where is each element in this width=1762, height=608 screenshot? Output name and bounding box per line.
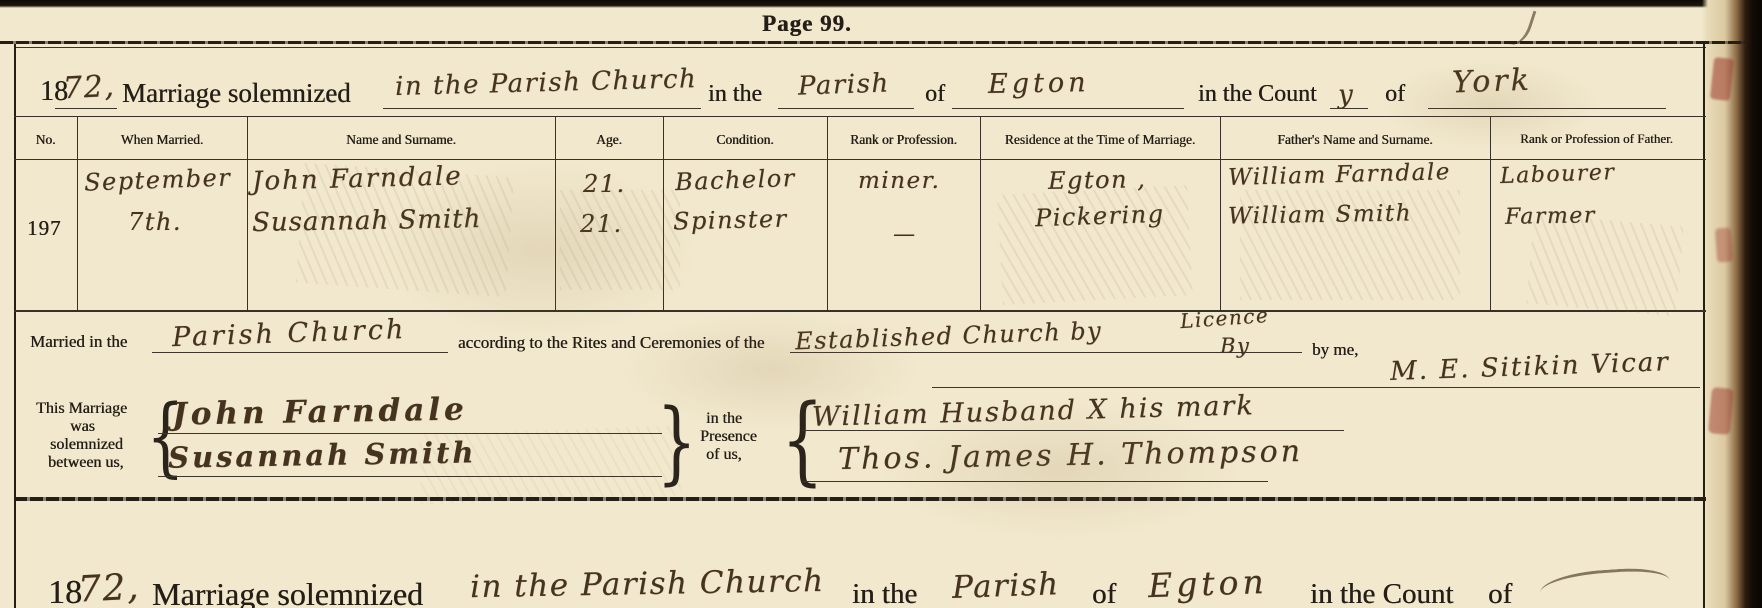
attestation-close-brace: } [657, 398, 697, 488]
next-entry-year-hand: 72, [77, 566, 141, 608]
next-entry-solemnized: Marriage solemnized [152, 576, 423, 608]
column-divider [1490, 116, 1491, 310]
entry-number: 197 [27, 216, 62, 241]
underline [778, 108, 914, 109]
col-header-no: No. [16, 121, 75, 158]
entry-groom-profession: miner. [858, 168, 940, 194]
column-divider [827, 116, 828, 310]
rites-label: according to the Rites and Ceremonies of… [458, 333, 764, 353]
entry-groom-residence: Egton , [1048, 165, 1147, 195]
next-entry-place-hand: in the Parish Church [470, 563, 825, 605]
column-divider [1220, 116, 1221, 310]
underline [802, 481, 1268, 482]
header-parish-hand: Parish [798, 68, 891, 101]
witness2-signature: Thos. James H. Thompson [838, 434, 1304, 477]
header-year-hand: 72, [62, 69, 116, 107]
attestation-label-line1: This Marriage [36, 400, 127, 418]
underline [932, 387, 1700, 388]
column-divider [980, 116, 981, 310]
header-place-hand: in the Parish Church [395, 64, 698, 102]
next-entry-county-flourish [1539, 566, 1671, 608]
header-parish-name-hand: Egton [988, 67, 1090, 100]
entry-groom-condition: Bachelor [675, 164, 797, 196]
col-header-name-surname: Name and Surname. [249, 121, 553, 158]
underline [158, 476, 662, 477]
header-of2: of [1385, 81, 1405, 108]
entry-bride-condition: Spinster [673, 205, 788, 236]
presence-label-line3: of us, [706, 446, 742, 464]
entry-groom-father: William Farndale [1228, 159, 1451, 191]
column-divider [247, 116, 248, 310]
entry-groom-father-profession: Labourer [1500, 160, 1616, 189]
form-right-border [1703, 44, 1705, 608]
next-entry-parish-name-hand: Egton [1147, 562, 1268, 605]
col-header-rank-profession: Rank or Profession. [829, 121, 978, 158]
entry-bride-father-profession: Farmer [1505, 203, 1596, 230]
attestation-label-line4: between us, [48, 454, 124, 472]
col-header-age: Age. [557, 121, 661, 158]
presence-label-line2: Presence [700, 428, 757, 446]
stain [560, 190, 680, 290]
form-top-inner-line [14, 47, 1706, 48]
column-divider [663, 116, 664, 310]
entry-bride-residence: Pickering [1035, 200, 1165, 233]
entry-bottom-rule [14, 497, 1706, 501]
header-county-hand: York [1451, 63, 1532, 101]
underline [152, 352, 448, 353]
header-county-printed: in the Count [1198, 81, 1317, 108]
entry-bride-profession: — [893, 222, 917, 247]
by-me-label: by me, [1312, 340, 1358, 360]
stain [1526, 214, 1683, 317]
table-bottom-line [14, 310, 1706, 312]
attestation-label-line2: was [70, 418, 95, 436]
underline [1428, 108, 1666, 109]
officiant-signature: M. E. Sitikin Vicar [1390, 347, 1671, 387]
underline [802, 430, 1344, 431]
witness1-signature: William Husband X his mark [812, 390, 1255, 433]
ceremony-place-hand: Parish Church [172, 314, 407, 353]
column-divider [555, 116, 556, 310]
col-header-residence: Residence at the Time of Marriage. [982, 121, 1218, 158]
next-entry-of1: of [1092, 578, 1116, 608]
col-header-father-profession: Rank or Profession of Father. [1492, 121, 1701, 158]
entry-when-month: September [84, 163, 232, 196]
register-page-scan: Page 99. 18 72, Marriage solemnized in t… [0, 0, 1762, 608]
underline [383, 108, 701, 109]
scan-right-edge [1702, 0, 1762, 608]
form-top-rule [0, 41, 1745, 44]
ceremony-licence-hand: Licence [1179, 303, 1270, 333]
bride-signature: Susannah Smith [168, 435, 477, 474]
underline [55, 108, 117, 109]
next-entry-in-the: in the [852, 578, 917, 608]
col-header-when-married: When Married. [79, 121, 245, 158]
table-header-bottom-line [14, 159, 1706, 160]
ceremony-church-hand: Established Church by [795, 317, 1103, 356]
entry-when-day: 7th. [128, 208, 182, 236]
next-entry-of2: of [1488, 578, 1512, 608]
underline [1330, 108, 1368, 109]
underline [790, 352, 1302, 353]
ceremony-by-hand: By [1220, 334, 1250, 358]
header-of1: of [925, 81, 945, 108]
page-number: Page 99. [762, 11, 852, 37]
header-y-hand: y [1338, 80, 1354, 110]
next-entry-parish-hand: Parish [951, 566, 1060, 606]
underline [952, 108, 1184, 109]
entry-groom-age: 21. [583, 170, 626, 198]
entry-groom-name: John Farndale [252, 161, 463, 197]
scan-top-edge [0, 0, 1762, 8]
header-solemnized: Marriage solemnized [122, 78, 351, 109]
attestation-label-line3: solemnized [50, 436, 123, 454]
column-divider [77, 116, 78, 310]
groom-signature: John Farndale [172, 391, 468, 432]
header-in-the: in the [708, 81, 762, 108]
table-top-line [14, 116, 1706, 117]
entry-bride-age: 21. [580, 210, 623, 238]
married-in-label: Married in the [30, 332, 127, 352]
entry-bride-father: William Smith [1228, 200, 1412, 229]
col-header-father-name: Father's Name and Surname. [1222, 121, 1488, 158]
next-entry-county-printed: in the Count [1310, 578, 1453, 608]
entry-bride-name: Susannah Smith [252, 204, 482, 238]
presence-label-line1: in the [706, 410, 742, 428]
underline [158, 433, 662, 434]
col-header-condition: Condition. [665, 121, 825, 158]
